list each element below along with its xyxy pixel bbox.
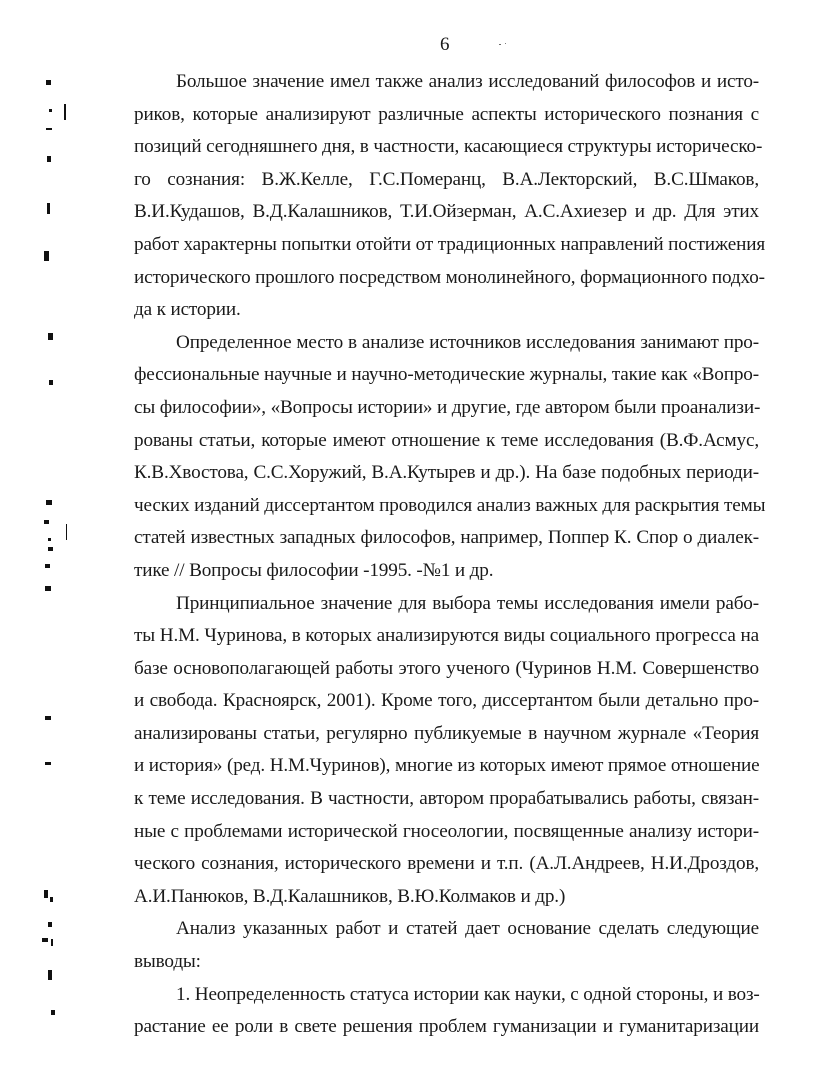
paragraph-1: Большое значение имел также анализ иссле… bbox=[134, 66, 759, 327]
paragraph-4: Анализ указанных работ и статей дает осн… bbox=[134, 913, 759, 978]
text-line: позиций сегодняшнего дня, в частности, к… bbox=[134, 131, 759, 164]
text-line: исторического прошлого посредством монол… bbox=[134, 262, 759, 295]
text-line: выводы: bbox=[134, 946, 759, 979]
scan-mark bbox=[45, 564, 50, 568]
scan-mark bbox=[47, 156, 51, 162]
text-line: 1. Неопределенность статуса истории как … bbox=[134, 979, 759, 1012]
text-line: А.И.Панюков, В.Д.Калашников, В.Ю.Колмако… bbox=[134, 881, 759, 914]
text-line: Принципиальное значение для выбора темы … bbox=[134, 588, 759, 621]
scan-speck bbox=[499, 44, 501, 45]
text-line: ты Н.М. Чуринова, в которых анализируютс… bbox=[134, 620, 759, 653]
text-line: ческого сознания, исторического времени … bbox=[134, 848, 759, 881]
text-line: риков, которые анализируют различные асп… bbox=[134, 99, 759, 132]
text-line: фессиональные научные и научно-методичес… bbox=[134, 359, 759, 392]
text-line: В.И.Кудашов, В.Д.Калашников, Т.И.Ойзерма… bbox=[134, 196, 759, 229]
text-line: К.В.Хвостова, С.С.Хоружий, В.А.Кутырев и… bbox=[134, 457, 759, 490]
scan-mark bbox=[44, 890, 48, 898]
text-line: Анализ указанных работ и статей дает осн… bbox=[134, 913, 759, 946]
scan-mark bbox=[48, 538, 51, 541]
text-line: го сознания: В.Ж.Келле, Г.С.Померанц, В.… bbox=[134, 164, 759, 197]
text-line: сы философии», «Вопросы истории» и други… bbox=[134, 392, 759, 425]
binding-margin-marks bbox=[0, 0, 100, 1080]
scan-mark bbox=[47, 203, 50, 214]
scan-mark bbox=[45, 586, 51, 591]
text-line: тике // Вопросы философии -1995. -№1 и д… bbox=[134, 555, 759, 588]
text-line: Большое значение имел также анализ иссле… bbox=[134, 66, 759, 99]
text-line: рованы статьи, которые имеют отношение к… bbox=[134, 425, 759, 458]
scan-mark bbox=[48, 970, 52, 980]
scan-mark bbox=[44, 251, 49, 261]
scan-mark bbox=[42, 938, 48, 942]
scan-mark bbox=[51, 939, 53, 946]
text-line: к теме исследования. В частности, авторо… bbox=[134, 783, 759, 816]
page-number: 6 bbox=[440, 34, 450, 56]
text-line: анализированы статьи, регулярно публикуе… bbox=[134, 718, 759, 751]
text-line: статей известных западных философов, нап… bbox=[134, 522, 759, 555]
paragraph-3: Принципиальное значение для выбора темы … bbox=[134, 588, 759, 914]
scan-mark bbox=[48, 547, 53, 551]
scan-mark bbox=[51, 1010, 55, 1015]
scan-mark bbox=[46, 128, 52, 130]
scan-mark bbox=[50, 897, 53, 902]
text-line: и история» (ред. Н.М.Чуринов), многие из… bbox=[134, 750, 759, 783]
scan-mark bbox=[46, 500, 52, 505]
text-line: растание ее роли в свете решения проблем… bbox=[134, 1011, 759, 1044]
scan-mark bbox=[49, 380, 53, 385]
scan-mark bbox=[64, 104, 66, 120]
text-line: базе основополагающей работы этого учено… bbox=[134, 653, 759, 686]
scan-mark bbox=[45, 716, 51, 720]
scan-mark bbox=[45, 762, 51, 765]
scan-mark bbox=[44, 520, 49, 524]
body-text: Большое значение имел также анализ иссле… bbox=[134, 66, 759, 1044]
text-line: да к истории. bbox=[134, 294, 759, 327]
scan-mark bbox=[48, 333, 53, 340]
text-line: и свобода. Красноярск, 2001). Кроме того… bbox=[134, 685, 759, 718]
paragraph-5-conclusion-1: 1. Неопределенность статуса истории как … bbox=[134, 979, 759, 1044]
text-line: ные с проблемами исторической гносеологи… bbox=[134, 816, 759, 849]
scan-mark bbox=[46, 80, 51, 85]
text-line: Определенное место в анализе источников … bbox=[134, 327, 759, 360]
text-line: работ характерны попытки отойти от тради… bbox=[134, 229, 759, 262]
paragraph-2: Определенное место в анализе источников … bbox=[134, 327, 759, 588]
scan-mark bbox=[66, 524, 67, 540]
text-line: ческих изданий диссертантом проводился а… bbox=[134, 490, 759, 523]
scan-speck bbox=[505, 43, 506, 44]
scan-mark bbox=[48, 922, 52, 927]
scan-mark bbox=[49, 109, 52, 112]
